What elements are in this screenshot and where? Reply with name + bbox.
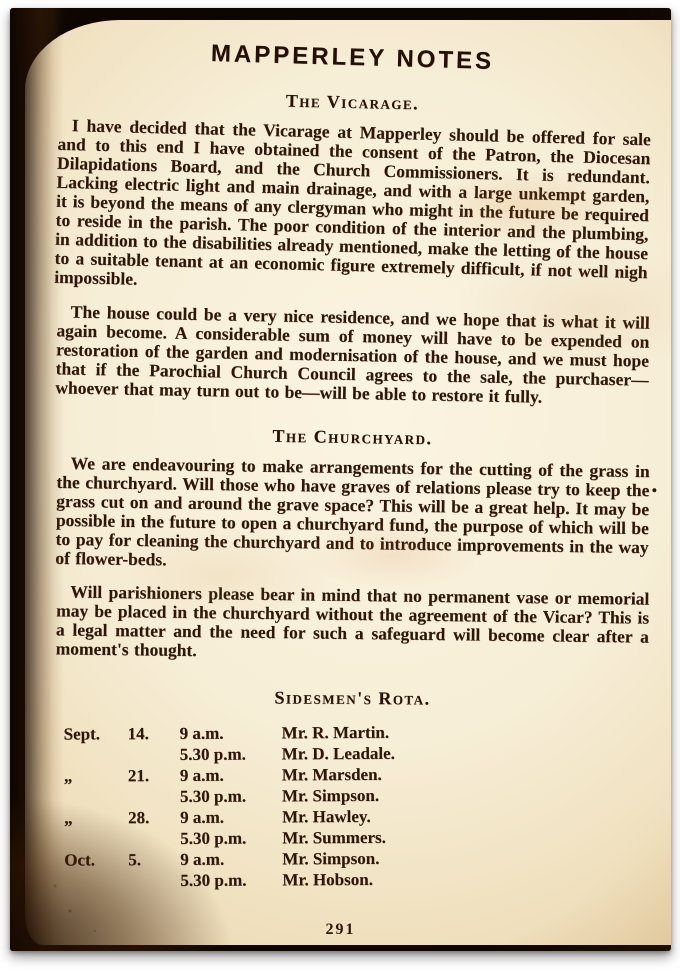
vicarage-heading: The Vicarage. bbox=[56, 86, 649, 119]
rota-month: Oct. bbox=[64, 850, 128, 870]
rota-row: Sept. 14. 9 a.m. Mr. R. Martin. bbox=[64, 721, 649, 744]
rota-time: 5.30 p.m. bbox=[180, 786, 282, 807]
rota-name: Mr. Simpson. bbox=[282, 847, 649, 869]
rota-heading: Sidesmen's Rota. bbox=[56, 686, 649, 711]
rota-table: Sept. 14. 9 a.m. Mr. R. Martin. 5.30 p.m… bbox=[64, 721, 650, 891]
page-title: MAPPERLEY NOTES bbox=[56, 36, 650, 81]
rota-month: „ bbox=[64, 766, 128, 786]
rota-row: „ 21. 9 a.m. Mr. Marsden. bbox=[64, 763, 649, 786]
section-churchyard: The Churchyard. We are endeavouring to m… bbox=[56, 427, 649, 662]
rota-day: 14. bbox=[128, 724, 180, 744]
page-number: 291 bbox=[10, 921, 671, 939]
rota-name: Mr. Marsden. bbox=[282, 763, 649, 785]
rota-name: Mr. Summers. bbox=[282, 826, 649, 848]
rota-row: 5.30 p.m. Mr. Simpson. bbox=[64, 784, 649, 807]
rota-row: Oct. 5. 9 a.m. Mr. Simpson. bbox=[64, 847, 649, 870]
rota-day bbox=[128, 745, 180, 765]
section-vicarage: The Vicarage. I have decided that the Vi… bbox=[56, 92, 649, 403]
rota-day: 21. bbox=[128, 766, 180, 786]
churchyard-heading: The Churchyard. bbox=[56, 422, 649, 452]
rota-time: 9 a.m. bbox=[180, 849, 282, 870]
churchyard-paragraph-1: We are endeavouring to make arrangements… bbox=[55, 454, 650, 576]
rota-row: 5.30 p.m. Mr. Hobson. bbox=[64, 868, 649, 891]
vicarage-paragraph-1: I have decided that the Vicarage at Mapp… bbox=[54, 116, 651, 301]
rota-month bbox=[64, 745, 128, 765]
rota-month: Sept. bbox=[64, 724, 128, 744]
churchyard-paragraph-2: Will parishioners please bear in mind th… bbox=[56, 582, 650, 665]
rota-name: Mr. Hobson. bbox=[282, 868, 649, 890]
rota-name: Mr. Simpson. bbox=[282, 784, 649, 806]
rota-time: 5.30 p.m. bbox=[180, 744, 282, 765]
section-rota: Sidesmen's Rota. Sept. 14. 9 a.m. Mr. R.… bbox=[56, 688, 649, 890]
page-content: MAPPERLEY NOTES The Vicarage. I have dec… bbox=[56, 8, 649, 951]
rota-day: 28. bbox=[128, 808, 180, 828]
rota-month bbox=[64, 829, 128, 849]
rota-month: „ bbox=[64, 808, 128, 828]
rota-time: 9 a.m. bbox=[180, 765, 282, 786]
rota-row: 5.30 p.m. Mr. D. Leadale. bbox=[64, 742, 649, 765]
rota-time: 5.30 p.m. bbox=[180, 870, 282, 891]
rota-row: „ 28. 9 a.m. Mr. Hawley. bbox=[64, 805, 649, 828]
rota-day: 5. bbox=[128, 850, 180, 870]
rota-day bbox=[128, 871, 180, 891]
rota-time: 9 a.m. bbox=[180, 807, 282, 828]
rota-name: Mr. Hawley. bbox=[282, 805, 649, 827]
rota-name: Mr. R. Martin. bbox=[282, 721, 649, 743]
scanned-book-page-photo: MAPPERLEY NOTES The Vicarage. I have dec… bbox=[10, 8, 671, 951]
rota-name: Mr. D. Leadale. bbox=[282, 742, 649, 764]
rota-month bbox=[64, 787, 128, 807]
vicarage-paragraph-2: The house could be a very nice residence… bbox=[55, 302, 650, 408]
rota-day bbox=[128, 787, 180, 807]
rota-time: 5.30 p.m. bbox=[180, 828, 282, 849]
rota-row: 5.30 p.m. Mr. Summers. bbox=[64, 826, 649, 849]
rota-month bbox=[64, 871, 128, 891]
rota-time: 9 a.m. bbox=[180, 723, 282, 744]
rota-day bbox=[128, 829, 180, 849]
